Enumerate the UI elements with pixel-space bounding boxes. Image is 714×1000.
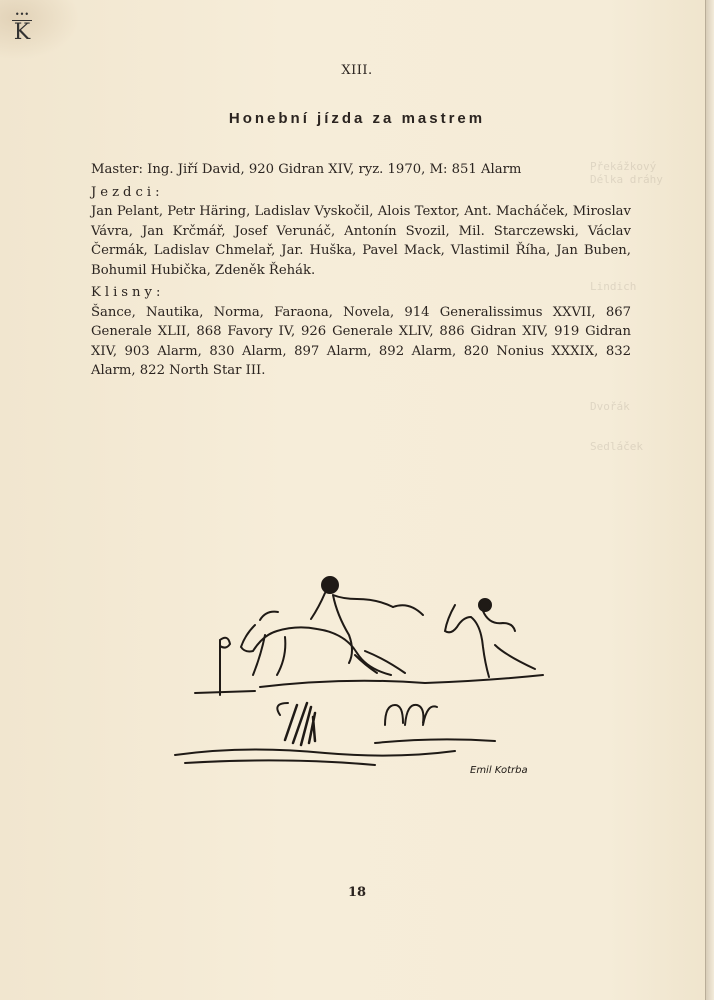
document-page: ••• K Překážkový Délka dráhy Lindich Dvo… bbox=[0, 0, 714, 1000]
k-logo-icon: ••• K bbox=[10, 12, 34, 44]
body-text: Master: Ing. Jiří David, 920 Gidran XIV,… bbox=[91, 160, 631, 381]
master-line: Master: Ing. Jiří David, 920 Gidran XIV,… bbox=[91, 160, 631, 180]
artist-signature: Emil Kotrba bbox=[470, 765, 528, 776]
bleed-through-text: Sedláček bbox=[590, 440, 643, 453]
riders-list: Jan Pelant, Petr Häring, Ladislav Vyskoč… bbox=[91, 202, 631, 280]
page-edge bbox=[705, 0, 714, 1000]
mares-list: Šance, Nautika, Norma, Faraona, Novela, … bbox=[91, 303, 631, 381]
chapter-number: XIII. bbox=[0, 63, 714, 78]
page-number: 18 bbox=[0, 885, 714, 900]
logo-letter: K bbox=[10, 22, 34, 44]
mares-label: Klisny: bbox=[91, 283, 631, 303]
bleed-through-text: Dvořák bbox=[590, 400, 630, 413]
logo-dots: ••• bbox=[10, 12, 34, 18]
section-title: Honební jízda za mastrem bbox=[0, 110, 714, 127]
steeplechase-illustration: Emil Kotrba bbox=[165, 565, 565, 790]
riders-label: Jezdci: bbox=[91, 183, 631, 203]
